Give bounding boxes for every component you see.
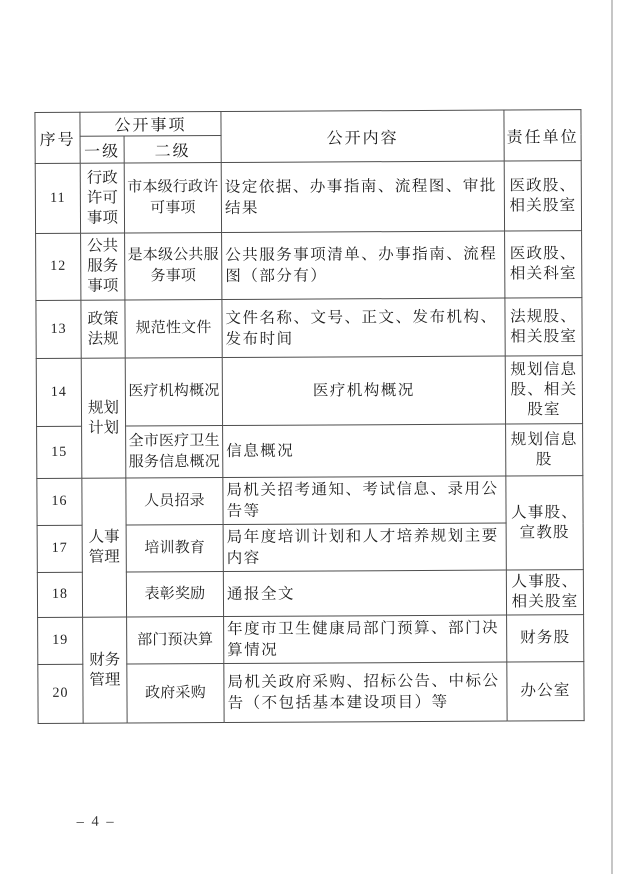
row16-level2: 人员招录 (126, 478, 223, 526)
table-row: 13 政策法规 规范性文件 文件名称、文号、正文、发布机构、发布时间 法规股、相… (36, 298, 582, 359)
row19-content: 年度市卫生健康局部门预算、部门决算情况 (224, 615, 507, 663)
row14-unit: 规划信息股、相关股室 (505, 356, 582, 424)
table-row: 19 财务管理 部门预决算 年度市卫生健康局部门预算、部门决算情况 财务股 (38, 615, 584, 665)
header-serial-no: 序号 (35, 112, 80, 163)
row12-no: 12 (36, 233, 81, 300)
row13-level1: 政策法规 (81, 300, 125, 358)
row16-content: 局机关招考通知、考试信息、录用公告等 (223, 476, 506, 524)
row13-content: 文件名称、文号、正文、发布机构、发布时间 (222, 298, 505, 357)
row15-content: 信息概况 (223, 424, 506, 477)
row18-unit: 人事股、相关股室 (506, 570, 583, 615)
row19-20-level1: 财务管理 (83, 617, 128, 723)
row19-unit: 财务股 (507, 615, 584, 662)
table-row: 16 人事管理 人员招录 局机关招考通知、考试信息、录用公告等 人事股、宣教股 (37, 476, 583, 526)
row11-level1: 行政许可事项 (80, 163, 124, 233)
row11-no: 11 (35, 163, 80, 233)
row15-level2: 全市医疗卫生服务信息概况 (126, 426, 223, 479)
header-open-content: 公开内容 (221, 110, 504, 162)
row17-level2: 培训教育 (126, 525, 223, 573)
row15-no: 15 (37, 426, 82, 478)
row16-17-unit: 人事股、宣教股 (506, 476, 583, 570)
row17-no: 17 (37, 525, 82, 572)
row13-level2: 规范性文件 (125, 300, 222, 359)
row12-level1: 公共服务事项 (81, 233, 125, 300)
row17-content: 局年度培训计划和人才培养规划主要内容 (223, 523, 506, 571)
row20-unit: 办公室 (507, 662, 584, 721)
row14-content: 医疗机构概况 (222, 356, 505, 425)
row12-level2: 是本级公共服务事项 (125, 233, 222, 301)
row11-unit: 医政股、相关股室 (504, 161, 581, 231)
header-responsible-unit: 责任单位 (504, 110, 581, 161)
table-row: 12 公共服务事项 是本级公共服务事项 公共服务事项清单、办事指南、流程图（部分… (36, 231, 582, 301)
row18-content: 通报全文 (223, 570, 506, 616)
table-row: 11 行政许可事项 市本级行政许可事项 设定依据、办事指南、流程图、审批结果 医… (35, 161, 581, 234)
row12-content: 公共服务事项清单、办事指南、流程图（部分有） (222, 231, 505, 299)
row18-level2: 表彰奖励 (126, 572, 223, 618)
row13-no: 13 (36, 300, 81, 358)
row11-content: 设定依据、办事指南、流程图、审批结果 (221, 161, 504, 232)
row12-unit: 医政股、相关科室 (505, 231, 582, 298)
info-disclosure-table: 序号 公开事项 公开内容 责任单位 一级 二级 11 行政许可事项 市本级行政许… (34, 109, 584, 724)
row20-no: 20 (38, 664, 83, 723)
row18-no: 18 (37, 572, 82, 617)
row19-no: 19 (38, 617, 83, 664)
row13-unit: 法规股、相关股室 (505, 298, 582, 356)
header-level1: 一级 (80, 136, 124, 163)
row16-18-level1: 人事管理 (82, 478, 127, 617)
row15-unit: 规划信息股 (506, 424, 583, 476)
row16-no: 16 (37, 478, 82, 525)
row20-level2: 政府采购 (127, 664, 224, 724)
row19-level2: 部门预决算 (127, 617, 224, 665)
table-row: 14 规划计划 医疗机构概况 医疗机构概况 规划信息股、相关股室 (36, 356, 582, 427)
header-open-items: 公开事项 (80, 112, 221, 137)
scanned-page: 序号 公开事项 公开内容 责任单位 一级 二级 11 行政许可事项 市本级行政许… (0, 0, 618, 874)
row20-content: 局机关政府采购、招标公告、中标公告（不包括基本建设项目）等 (224, 662, 507, 722)
page-number: – 4 – (74, 814, 118, 831)
row11-level2: 市本级行政许可事项 (124, 163, 221, 234)
scan-edge-line (611, 0, 613, 874)
row14-15-level1: 规划计划 (81, 358, 126, 478)
row14-no: 14 (36, 358, 81, 426)
row14-level2: 医疗机构概况 (125, 358, 222, 427)
header-level2: 二级 (124, 136, 221, 164)
